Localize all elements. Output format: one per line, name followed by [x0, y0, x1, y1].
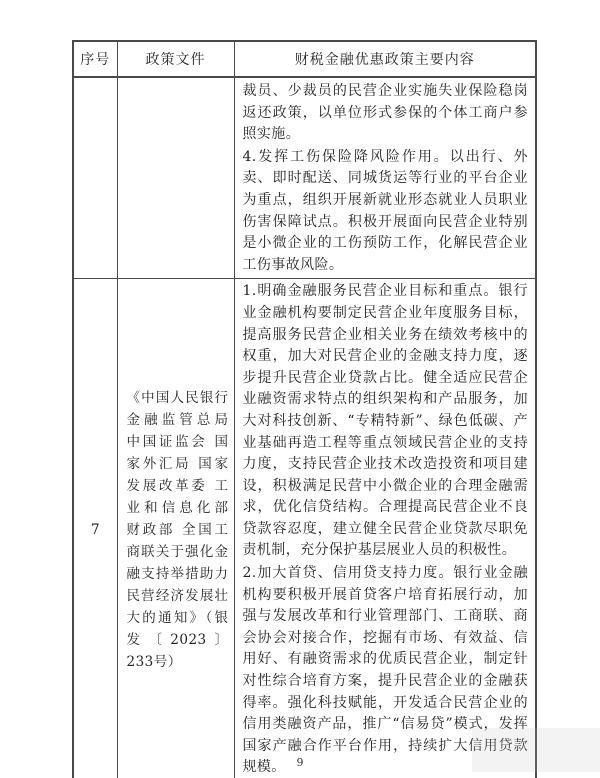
- policy-paragraph: 2.加大首贷、信用贷支持力度。银行业金融机构要积极开展首贷客户培育拓展行动，加强…: [243, 563, 529, 778]
- policy-paragraph: 4.发挥工伤保险降风险作用。以出行、外卖、即时配送、同城货运等行业的平台企业为重…: [243, 147, 529, 277]
- header-doc: 政策文件: [117, 41, 234, 77]
- page-number: 9: [0, 756, 600, 769]
- policy-paragraph: 1.明确金融服务民营企业目标和重点。银行业金融机构要制定民营企业年度服务目标，提…: [243, 281, 529, 562]
- table-header-row: 序号 政策文件 财税金融优惠政策主要内容: [73, 41, 536, 77]
- doc-cell: 《中国人民银行 金融监管总局 中国证监会 国家外汇局 国家发展改革委 工业和信息…: [117, 279, 234, 778]
- header-seq: 序号: [73, 41, 117, 77]
- table-row-continuation: 裁员、少裁员的民营企业实施失业保险稳岗返还政策，以单位形式参保的个体工商户参照实…: [73, 77, 536, 279]
- policy-paragraph: 裁员、少裁员的民营企业实施失业保险稳岗返还政策，以单位形式参保的个体工商户参照实…: [243, 81, 529, 146]
- header-content: 财税金融优惠政策主要内容: [234, 41, 536, 77]
- document-page: 序号 政策文件 财税金融优惠政策主要内容 裁员、少裁员的民营企业实施失业保险稳岗…: [0, 0, 600, 778]
- content-cell: 1.明确金融服务民营企业目标和重点。银行业金融机构要制定民营企业年度服务目标，提…: [234, 279, 536, 778]
- policy-table: 序号 政策文件 财税金融优惠政策主要内容 裁员、少裁员的民营企业实施失业保险稳岗…: [72, 40, 537, 778]
- table-row-7: 7 《中国人民银行 金融监管总局 中国证监会 国家外汇局 国家发展改革委 工业和…: [73, 279, 536, 778]
- seq-cell: [73, 77, 117, 279]
- doc-cell: [117, 77, 234, 279]
- content-cell: 裁员、少裁员的民营企业实施失业保险稳岗返还政策，以单位形式参保的个体工商户参照实…: [234, 77, 536, 279]
- seq-cell: 7: [73, 279, 117, 778]
